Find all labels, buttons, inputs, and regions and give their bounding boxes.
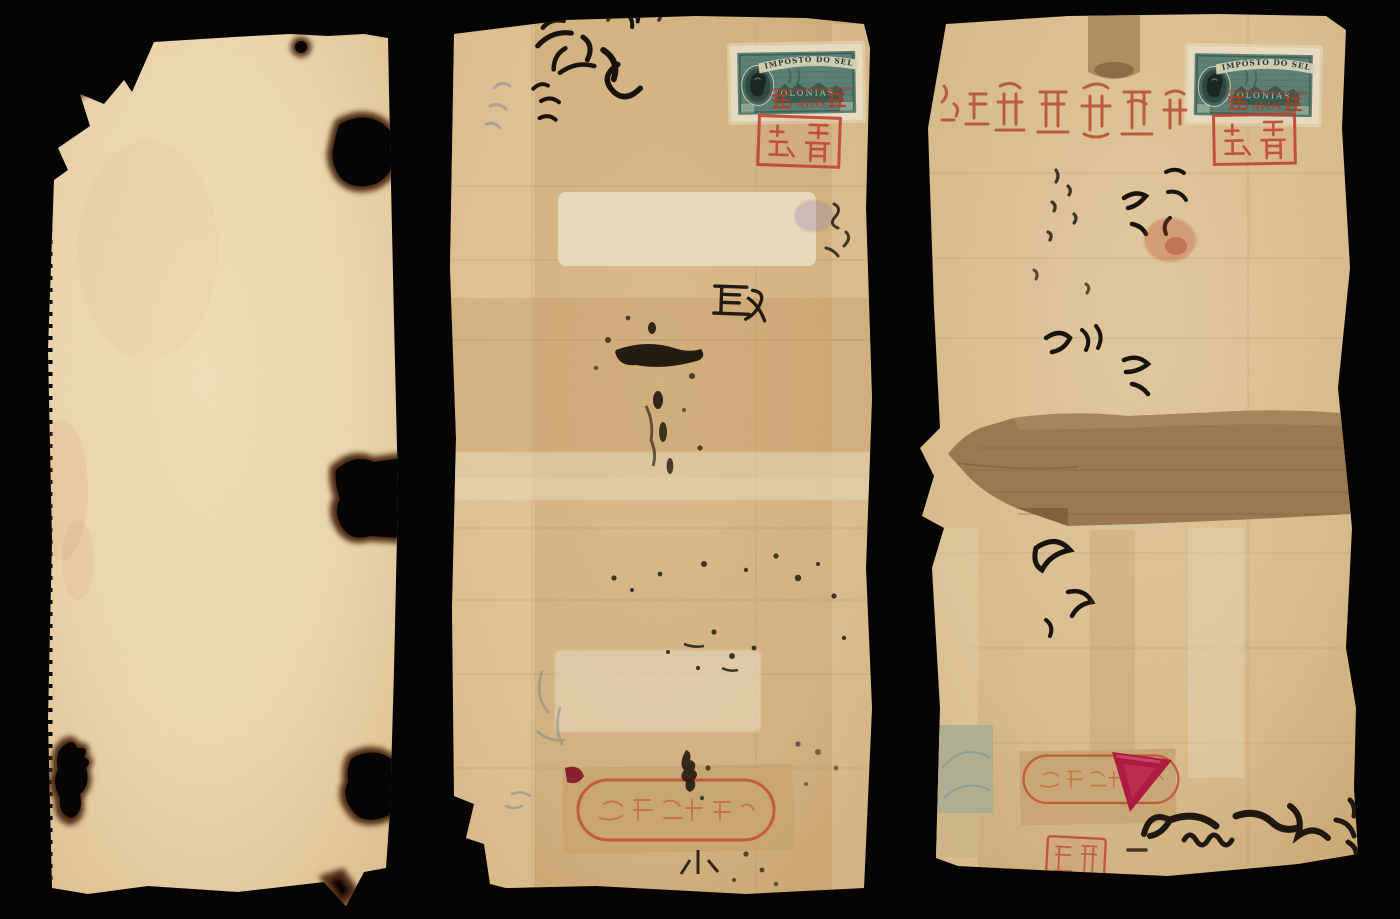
toned-stain bbox=[78, 140, 218, 360]
purple-smudge bbox=[794, 200, 834, 232]
small-red-seal bbox=[1046, 836, 1106, 883]
left-blank-paper bbox=[28, 20, 404, 908]
stain-column bbox=[1090, 530, 1135, 770]
revenue-stamp bbox=[726, 37, 866, 125]
scanned-documents-stage: IMPOSTO DO SELO COLONIAS 5 AVOS bbox=[0, 0, 1400, 919]
pink-stain bbox=[62, 520, 94, 600]
kraft-remnant-shadow bbox=[1094, 62, 1134, 78]
washed-stamp-patch bbox=[935, 725, 993, 857]
white-tape-band bbox=[446, 452, 872, 500]
right-receipt bbox=[918, 8, 1360, 885]
dark-center-band bbox=[446, 298, 872, 478]
square-seal bbox=[1214, 114, 1296, 164]
white-repair-patch bbox=[555, 650, 761, 732]
square-seal bbox=[758, 116, 841, 168]
red-smudge-core bbox=[1165, 237, 1187, 255]
middle-receipt bbox=[446, 8, 872, 910]
white-repair-patch bbox=[558, 192, 816, 266]
pale-streak bbox=[1188, 528, 1244, 778]
